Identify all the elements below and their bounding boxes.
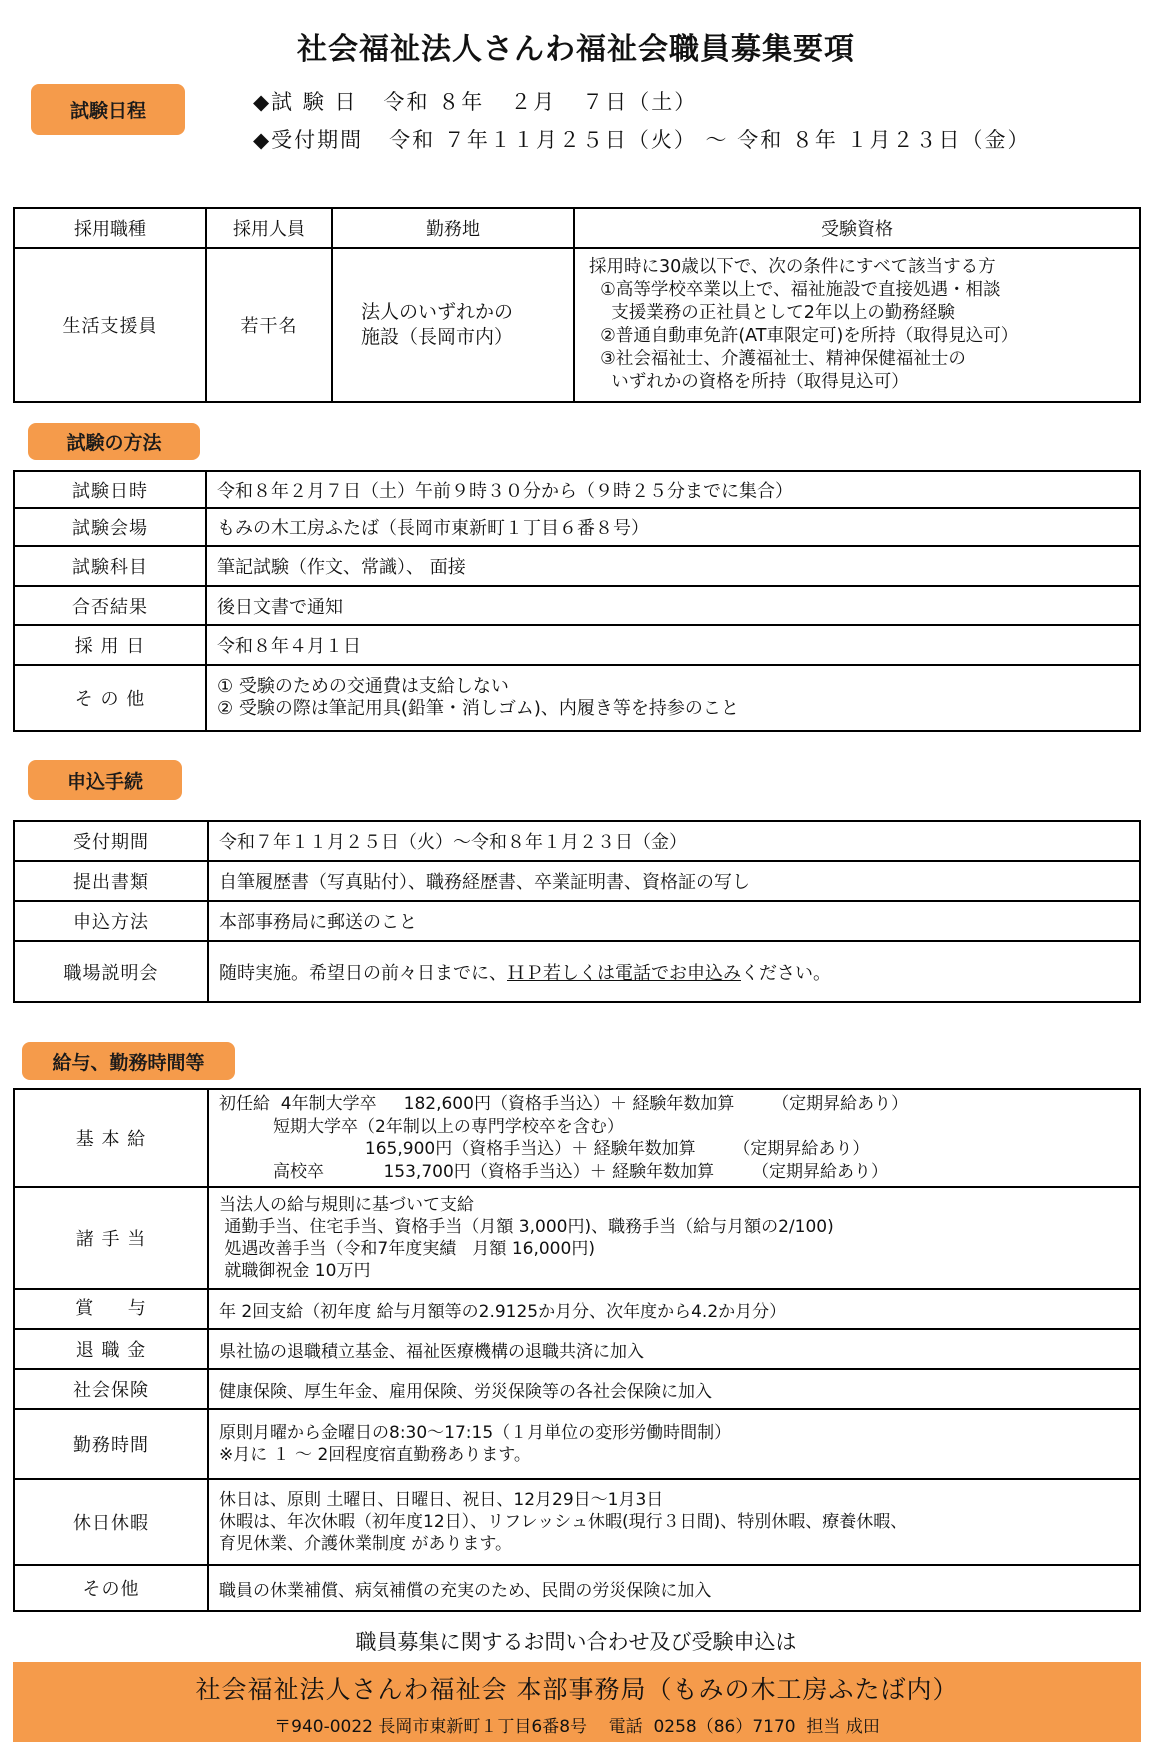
row-value: ① 受験のための交通費は支給しない ② 受験の際は筆記用具(鉛筆・消しゴム)、内… xyxy=(206,665,1140,731)
table-row: 勤務時間 原則月曜から金曜日の8:30～17:15（１月単位の変形労働時間制） … xyxy=(14,1409,1140,1479)
contact-organization: 社会福祉法人さんわ福祉会 本部事務局（もみの木工房ふたば内） xyxy=(13,1662,1141,1706)
header-job: 採用職種 xyxy=(14,208,206,248)
table-row: 賞 与 年 2回支給（初年度 給与月額等の2.9125か月分、次年度から4.2か… xyxy=(14,1289,1140,1329)
row-label: その他 xyxy=(14,1565,208,1611)
row-label: 賞 与 xyxy=(14,1289,208,1329)
row-label: 提出書類 xyxy=(14,861,208,901)
apply-link[interactable]: ＨＰ若しくは電話でお申込み xyxy=(507,963,741,984)
row-label: 試験会場 xyxy=(14,508,206,546)
row-value: 原則月曜から金曜日の8:30～17:15（１月単位の変形労働時間制） ※月に １… xyxy=(208,1409,1140,1479)
table-row: その他 職員の休業補償、病気補償の充実のため、民間の労災保険に加入 xyxy=(14,1565,1140,1611)
row-label: 退 職 金 xyxy=(14,1329,208,1369)
header-count: 採用人員 xyxy=(206,208,332,248)
recruit-table: 採用職種 採用人員 勤務地 受験資格 生活支援員 若干名 法人のいずれかの 施設… xyxy=(13,207,1141,403)
table-row: 合否結果 後日文書で通知 xyxy=(14,586,1140,625)
hire-count: 若干名 xyxy=(206,248,332,402)
info-session-text: 随時実施。希望日の前々日までに、 xyxy=(219,963,507,984)
section-label-application: 申込手続 xyxy=(28,760,182,800)
table-row: 採 用 日 令和８年４月１日 xyxy=(14,625,1140,665)
job-title: 生活支援員 xyxy=(14,248,206,402)
contact-band: 社会福祉法人さんわ福祉会 本部事務局（もみの木工房ふたば内） 〒940-0022… xyxy=(13,1662,1141,1742)
table-row: 諸 手 当 当法人の給与規則に基づいて支給 通勤手当、住宅手当、資格手当（月額 … xyxy=(14,1187,1140,1289)
row-value: 職員の休業補償、病気補償の充実のため、民間の労災保険に加入 xyxy=(208,1565,1140,1611)
header-location: 勤務地 xyxy=(332,208,574,248)
row-label: 受付期間 xyxy=(14,821,208,861)
contact-address: 〒940-0022 長岡市東新町１丁目6番8号 電話 0258（86）7170 … xyxy=(13,1706,1141,1737)
table-row: 受付期間 令和７年１１月２５日（火）～令和８年１月２３日（金） xyxy=(14,821,1140,861)
table-row: 社会保険 健康保険、厚生年金、雇用保険、労災保険等の各社会保険に加入 xyxy=(14,1369,1140,1409)
table-row: 申込方法 本部事務局に郵送のこと xyxy=(14,901,1140,941)
row-value: 初任給 4年制大学卒 182,600円（資格手当込）＋ 経験年数加算 （定期昇給… xyxy=(208,1089,1140,1187)
row-value: 令和８年２月７日（土）午前９時３０分から（９時２５分までに集合） xyxy=(206,471,1140,508)
table-row: 試験日時 令和８年２月７日（土）午前９時３０分から（９時２５分までに集合） xyxy=(14,471,1140,508)
table-row: 職場説明会 随時実施。希望日の前々日までに、ＨＰ若しくは電話でお申込みください。 xyxy=(14,941,1140,1002)
row-label: 採 用 日 xyxy=(14,625,206,665)
table-row: 生活支援員 若干名 法人のいずれかの 施設（長岡市内） 採用時に30歳以下で、次… xyxy=(14,248,1140,402)
table-row: 試験科目 筆記試験（作文、常識）、 面接 xyxy=(14,546,1140,586)
row-label: 試験科目 xyxy=(14,546,206,586)
work-location: 法人のいずれかの 施設（長岡市内） xyxy=(332,248,574,402)
contact-heading: 職員募集に関するお問い合わせ及び受験申込は xyxy=(0,1626,1152,1656)
row-label: 申込方法 xyxy=(14,901,208,941)
row-label: 社会保険 xyxy=(14,1369,208,1409)
row-label: 試験日時 xyxy=(14,471,206,508)
row-value: 令和７年１１月２５日（火）～令和８年１月２３日（金） xyxy=(208,821,1140,861)
info-session-text-end: ください。 xyxy=(741,963,831,984)
table-row: 提出書類 自筆履歴書（写真貼付）、職務経歴書、卒業証明書、資格証の写し xyxy=(14,861,1140,901)
row-value: 後日文書で通知 xyxy=(206,586,1140,625)
row-value: 健康保険、厚生年金、雇用保険、労災保険等の各社会保険に加入 xyxy=(208,1369,1140,1409)
table-row: 休日休暇 休日は、原則 土曜日、日曜日、祝日、12月29日～1月3日 休暇は、年… xyxy=(14,1479,1140,1565)
table-header-row: 採用職種 採用人員 勤務地 受験資格 xyxy=(14,208,1140,248)
row-value: 自筆履歴書（写真貼付）、職務経歴書、卒業証明書、資格証の写し xyxy=(208,861,1140,901)
table-row: 退 職 金 県社協の退職積立基金、福祉医療機構の退職共済に加入 xyxy=(14,1329,1140,1369)
application-table: 受付期間 令和７年１１月２５日（火）～令和８年１月２３日（金） 提出書類 自筆履… xyxy=(13,820,1141,1003)
page-title: 社会福祉法人さんわ福祉会職員募集要項 xyxy=(0,24,1152,68)
row-value: 令和８年４月１日 xyxy=(206,625,1140,665)
row-label: 基 本 給 xyxy=(14,1089,208,1187)
section-label-exam-method: 試験の方法 xyxy=(28,423,200,460)
reception-period-line: ◆受付期間 令和 ７年１１月２５日（火） ～ 令和 ８年 １月２３日（金） xyxy=(253,124,1031,154)
table-row: そ の 他 ① 受験のための交通費は支給しない ② 受験の際は筆記用具(鉛筆・消… xyxy=(14,665,1140,731)
table-row: 試験会場 もみの木工房ふたば（長岡市東新町１丁目６番８号） xyxy=(14,508,1140,546)
row-label: 職場説明会 xyxy=(14,941,208,1002)
section-label-salary: 給与、勤務時間等 xyxy=(22,1042,235,1080)
row-value: 当法人の給与規則に基づいて支給 通勤手当、住宅手当、資格手当（月額 3,000円… xyxy=(208,1187,1140,1289)
row-label: 諸 手 当 xyxy=(14,1187,208,1289)
exam-date-line: ◆試 験 日 令和 ８年 ２月 ７日（土） xyxy=(253,86,697,116)
exam-method-table: 試験日時 令和８年２月７日（土）午前９時３０分から（９時２５分までに集合） 試験… xyxy=(13,470,1141,732)
qualifications: 採用時に30歳以下で、次の条件にすべて該当する方 ①高等学校卒業以上で、福祉施設… xyxy=(574,248,1140,402)
row-value: 年 2回支給（初年度 給与月額等の2.9125か月分、次年度から4.2か月分） xyxy=(208,1289,1140,1329)
row-label: 合否結果 xyxy=(14,586,206,625)
section-label-schedule: 試験日程 xyxy=(31,84,185,135)
row-value: 休日は、原則 土曜日、日曜日、祝日、12月29日～1月3日 休暇は、年次休暇（初… xyxy=(208,1479,1140,1565)
table-row: 基 本 給 初任給 4年制大学卒 182,600円（資格手当込）＋ 経験年数加算… xyxy=(14,1089,1140,1187)
row-value: 本部事務局に郵送のこと xyxy=(208,901,1140,941)
row-label: そ の 他 xyxy=(14,665,206,731)
salary-table: 基 本 給 初任給 4年制大学卒 182,600円（資格手当込）＋ 経験年数加算… xyxy=(13,1088,1141,1612)
row-label: 休日休暇 xyxy=(14,1479,208,1565)
row-value: 県社協の退職積立基金、福祉医療機構の退職共済に加入 xyxy=(208,1329,1140,1369)
row-label: 勤務時間 xyxy=(14,1409,208,1479)
row-value: もみの木工房ふたば（長岡市東新町１丁目６番８号） xyxy=(206,508,1140,546)
row-value: 随時実施。希望日の前々日までに、ＨＰ若しくは電話でお申込みください。 xyxy=(208,941,1140,1002)
header-qualifications: 受験資格 xyxy=(574,208,1140,248)
row-value: 筆記試験（作文、常識）、 面接 xyxy=(206,546,1140,586)
